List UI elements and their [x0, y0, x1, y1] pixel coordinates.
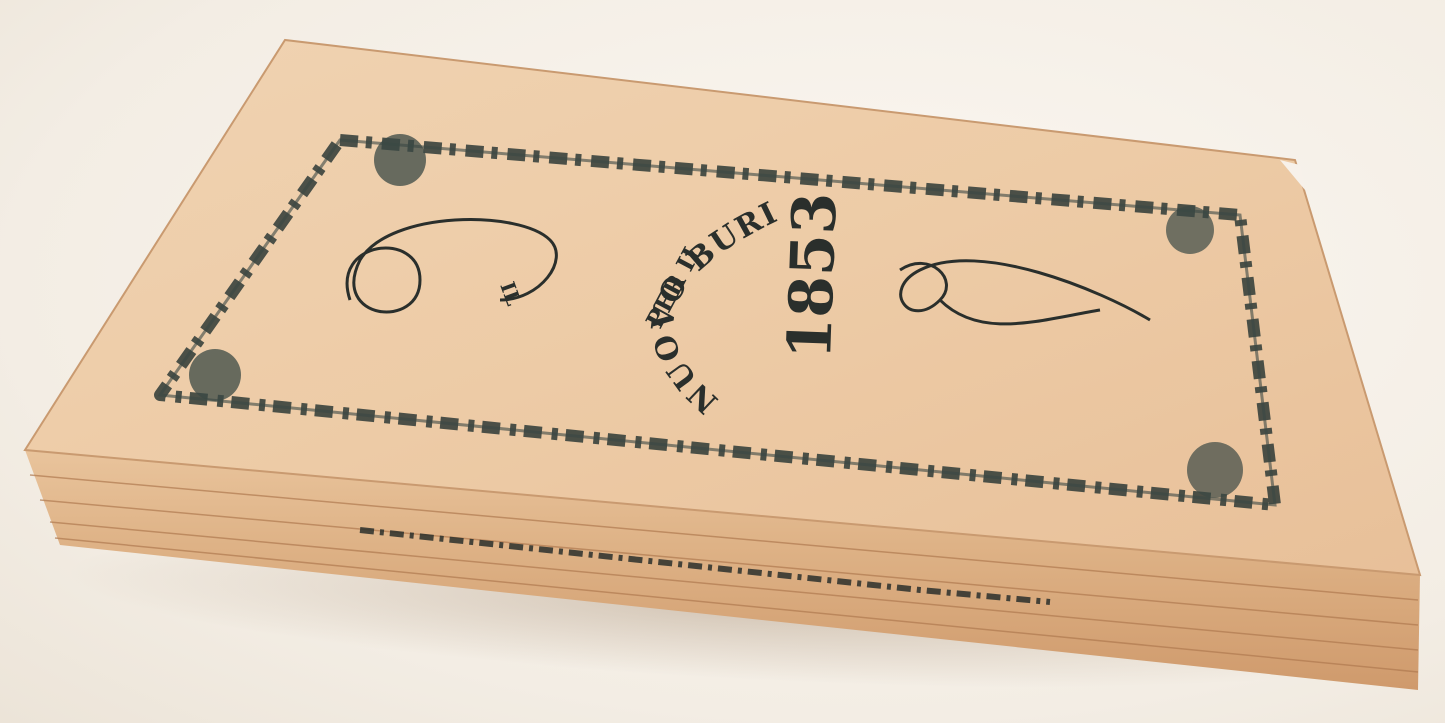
photo-scene: IL NUOVO BURIGOZZO PER IL 1853 — [0, 0, 1445, 723]
cover-year: 1853 — [775, 191, 851, 360]
book: IL NUOVO BURIGOZZO PER IL 1853 — [0, 0, 1445, 723]
